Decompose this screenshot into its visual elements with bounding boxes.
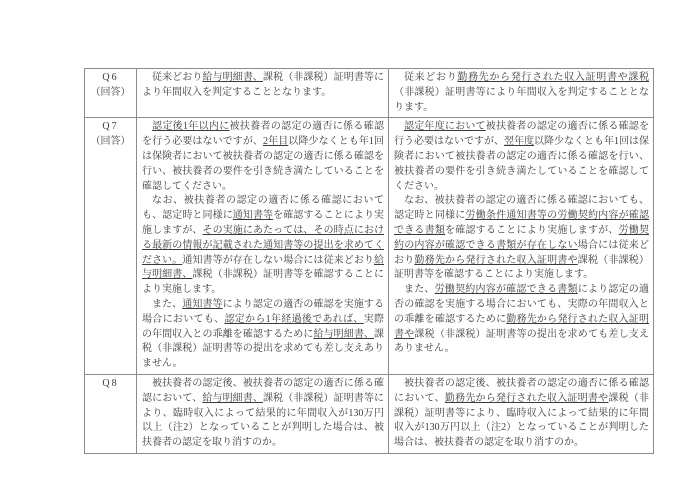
q7-left-answer-cell: 認定後1年以内に被扶養者の認定の適否に係る確認を行う必要はないですが、2年目以降… <box>137 118 389 375</box>
q8-label-cell: Q8 <box>85 375 137 454</box>
q7-right-answer-cell: 認定年度において被扶養者の認定の適否に係る確認を行う必要はないですが、翌年度以降… <box>389 118 654 375</box>
q8-label: Q8 <box>85 377 136 392</box>
q6-label-cell: Q6 （回答） <box>85 69 137 118</box>
faq-table: Q6 （回答） 従来どおり給与明細書、課税（非課税）証明書等により年間収入を判定… <box>84 68 654 454</box>
q6-label: Q6 <box>85 71 136 86</box>
document-page: { "document": { "background": "#ffffff",… <box>0 0 698 495</box>
q8-right-answer-cell: 被扶養者の認定後、被扶養者の認定の適否に係る確認において、勤務先から発行された収… <box>389 375 654 454</box>
q7-label: Q7 <box>85 120 136 135</box>
q7-answer-tag: （回答） <box>85 135 136 150</box>
q7-label-cell: Q7 （回答） <box>85 118 137 375</box>
q6-left-answer-cell: 従来どおり給与明細書、課税（非課税）証明書等により年間収入を判定することとなりま… <box>137 69 389 118</box>
q6-right-answer-cell: 従来どおり勤務先から発行された収入証明書や課税（非課税）証明書等により年間収入を… <box>389 69 654 118</box>
q6-answer-tag: （回答） <box>85 86 136 101</box>
q8-left-answer-cell: 被扶養者の認定後、被扶養者の認定の適否に係る確認において、給与明細書、課税（非課… <box>137 375 389 454</box>
